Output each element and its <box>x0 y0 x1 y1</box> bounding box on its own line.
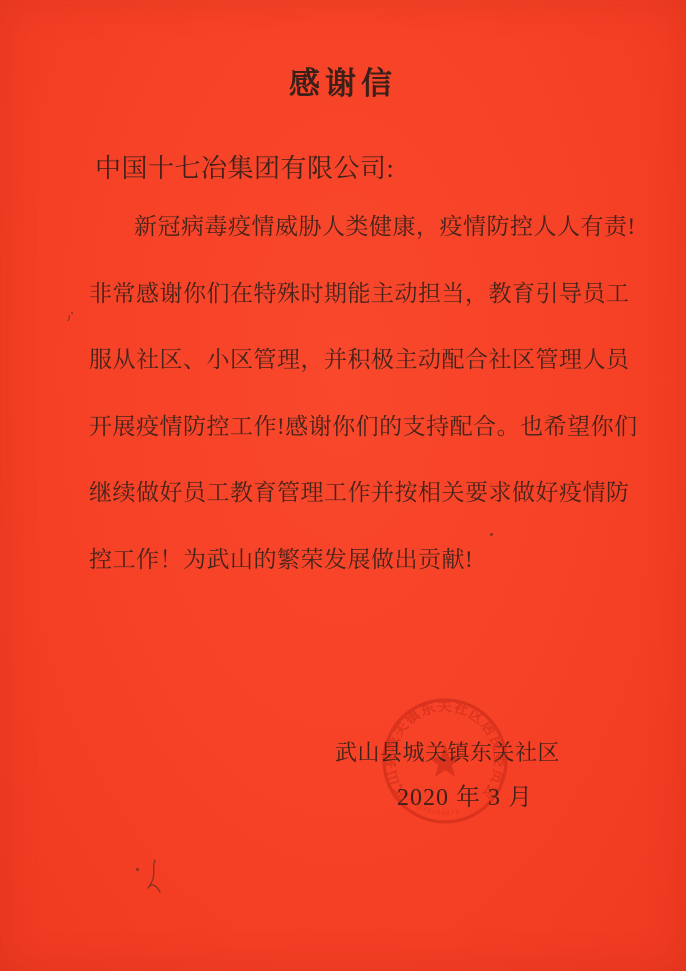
ink-scribble <box>142 858 166 896</box>
signature-line: 武山县城关镇东关社区 <box>335 736 560 767</box>
body-line: 继续做好员工教育管理工作并按相关要求做好疫情防 <box>89 460 634 527</box>
ink-speck <box>136 868 139 871</box>
body-line: 控工作！为武山的繁荣发展做出贡献! <box>89 527 634 594</box>
letter-title: 感谢信 <box>0 58 686 103</box>
ink-speck <box>490 533 493 536</box>
letter-body: 新冠病毒疫情威胁人类健康，疫情防控人人有责!非常感谢你们在特殊时期能主动担当，教… <box>89 194 634 593</box>
body-line: 新冠病毒疫情威胁人类健康，疫情防控人人有责! <box>89 194 634 261</box>
body-line: 非常感谢你们在特殊时期能主动担当，教育引导员工 <box>89 261 634 328</box>
body-line: 服从社区、小区管理，并积极主动配合社区管理人员 <box>89 327 634 394</box>
body-line: 开展疫情防控工作!感谢你们的支持配合。也希望你们 <box>89 394 634 461</box>
letter-page: 感谢信 中国十七冶集团有限公司: 新冠病毒疫情威胁人类健康，疫情防控人人有责!非… <box>0 0 686 971</box>
recipient-line: 中国十七冶集团有限公司: <box>95 148 394 185</box>
date-line: 2020 年 3 月 <box>397 777 533 812</box>
ink-mark <box>64 310 78 324</box>
